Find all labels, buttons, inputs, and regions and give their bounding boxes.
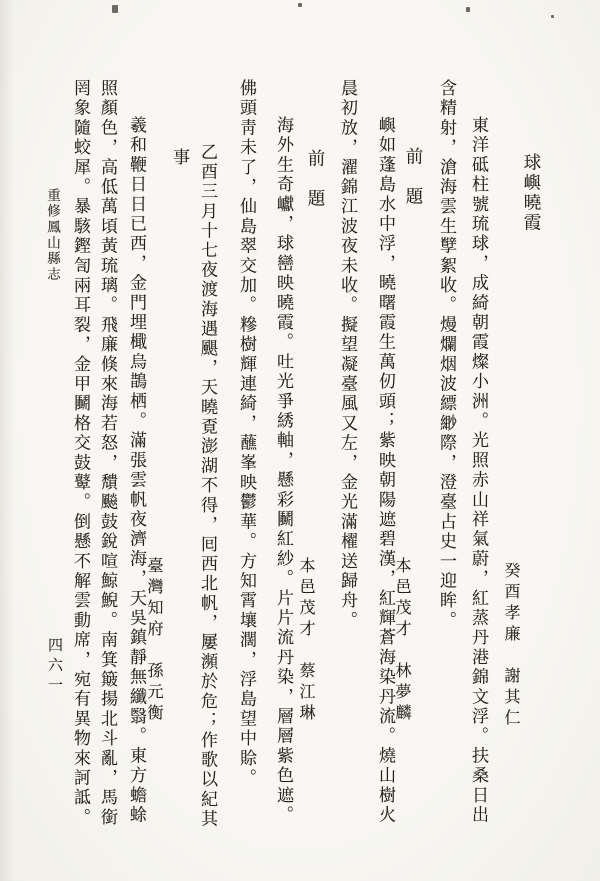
page-number: 四六一 bbox=[45, 637, 66, 697]
scan-edge-shadow bbox=[0, 0, 14, 881]
book-title: 重修鳳山縣志 bbox=[42, 188, 62, 283]
poem-column: 東洋砥柱號琉球，成綺朝霞燦小洲。光照赤山祥氣蔚，紅蒸丹港錦文浮。扶桑日出 bbox=[466, 116, 491, 825]
poem-title-wrap: 事 bbox=[167, 148, 192, 168]
scan-artifact bbox=[112, 5, 118, 13]
scan-artifact bbox=[298, 3, 302, 7]
scan-artifact bbox=[551, 15, 554, 18]
poem-column: 照顏色，高低萬頃黃琉璃。飛廉倏來海若怒，穨飈鼓銳喧鯨鯢。南箕簸揚北斗亂，馬銜 bbox=[95, 79, 120, 828]
poem-column: 罔象隨蛟犀。暴駭鏗訇兩耳裂，金甲鬭格交鼓鼙。倒懸不解雲動席，宛有異物來訶詆。 bbox=[68, 79, 93, 828]
poem-title: 前 題 bbox=[303, 149, 328, 209]
poem-title: 乙酉三月十七夜渡海遇颶，天曉覔澎湖不得，囘西北帆，屢瀕於危；作歌以紀其 bbox=[195, 143, 220, 829]
scanned-book-page: 球嶼曉霞 癸酉孝廉 謝其仁 東洋砥柱號琉球，成綺朝霞燦小洲。光照赤山祥氣蔚，紅蒸… bbox=[0, 0, 600, 881]
poem-title: 前 題 bbox=[401, 147, 426, 207]
author-attribution: 本邑茂才 蔡江琳 bbox=[295, 557, 318, 725]
poem-column: 羲和鞭日日已西，金門埋檝烏鵲栖。滿張雲帆夜濟海，天吳鎮靜無纖翳。東方蟾蜍 bbox=[124, 116, 149, 825]
poem-column: 佛頭靑未了，仙島翠交加。糝樹輝連綺，蘸峯映鬱華。方知霄壤濶，浮島望中賒。 bbox=[234, 79, 259, 788]
poem-column: 海外生奇巘，球巒映曉霞。吐光爭綉軸，懸彩鬭紅紗。片片流丹染，層層紫色遮。 bbox=[271, 116, 296, 825]
poem-title: 球嶼曉霞 bbox=[519, 153, 544, 233]
poem-column: 晨初放，濯錦江波夜未收。擬望凝臺風又左，金光滿櫂送歸舟。 bbox=[335, 79, 360, 631]
author-attribution: 癸酉孝廉 謝其仁 bbox=[500, 562, 523, 730]
poem-column: 嶼如蓬島水中浮，曉曙霞生萬仞頭；紫映朝陽遮碧漢，紅輝蒼海染丹流。燒山樹火 bbox=[373, 116, 398, 825]
scan-artifact bbox=[466, 7, 470, 12]
poem-column: 含精射，滄海雲生孼絮收。熳爛烟波縹緲際，澄臺占史一迎眸。 bbox=[434, 79, 459, 631]
